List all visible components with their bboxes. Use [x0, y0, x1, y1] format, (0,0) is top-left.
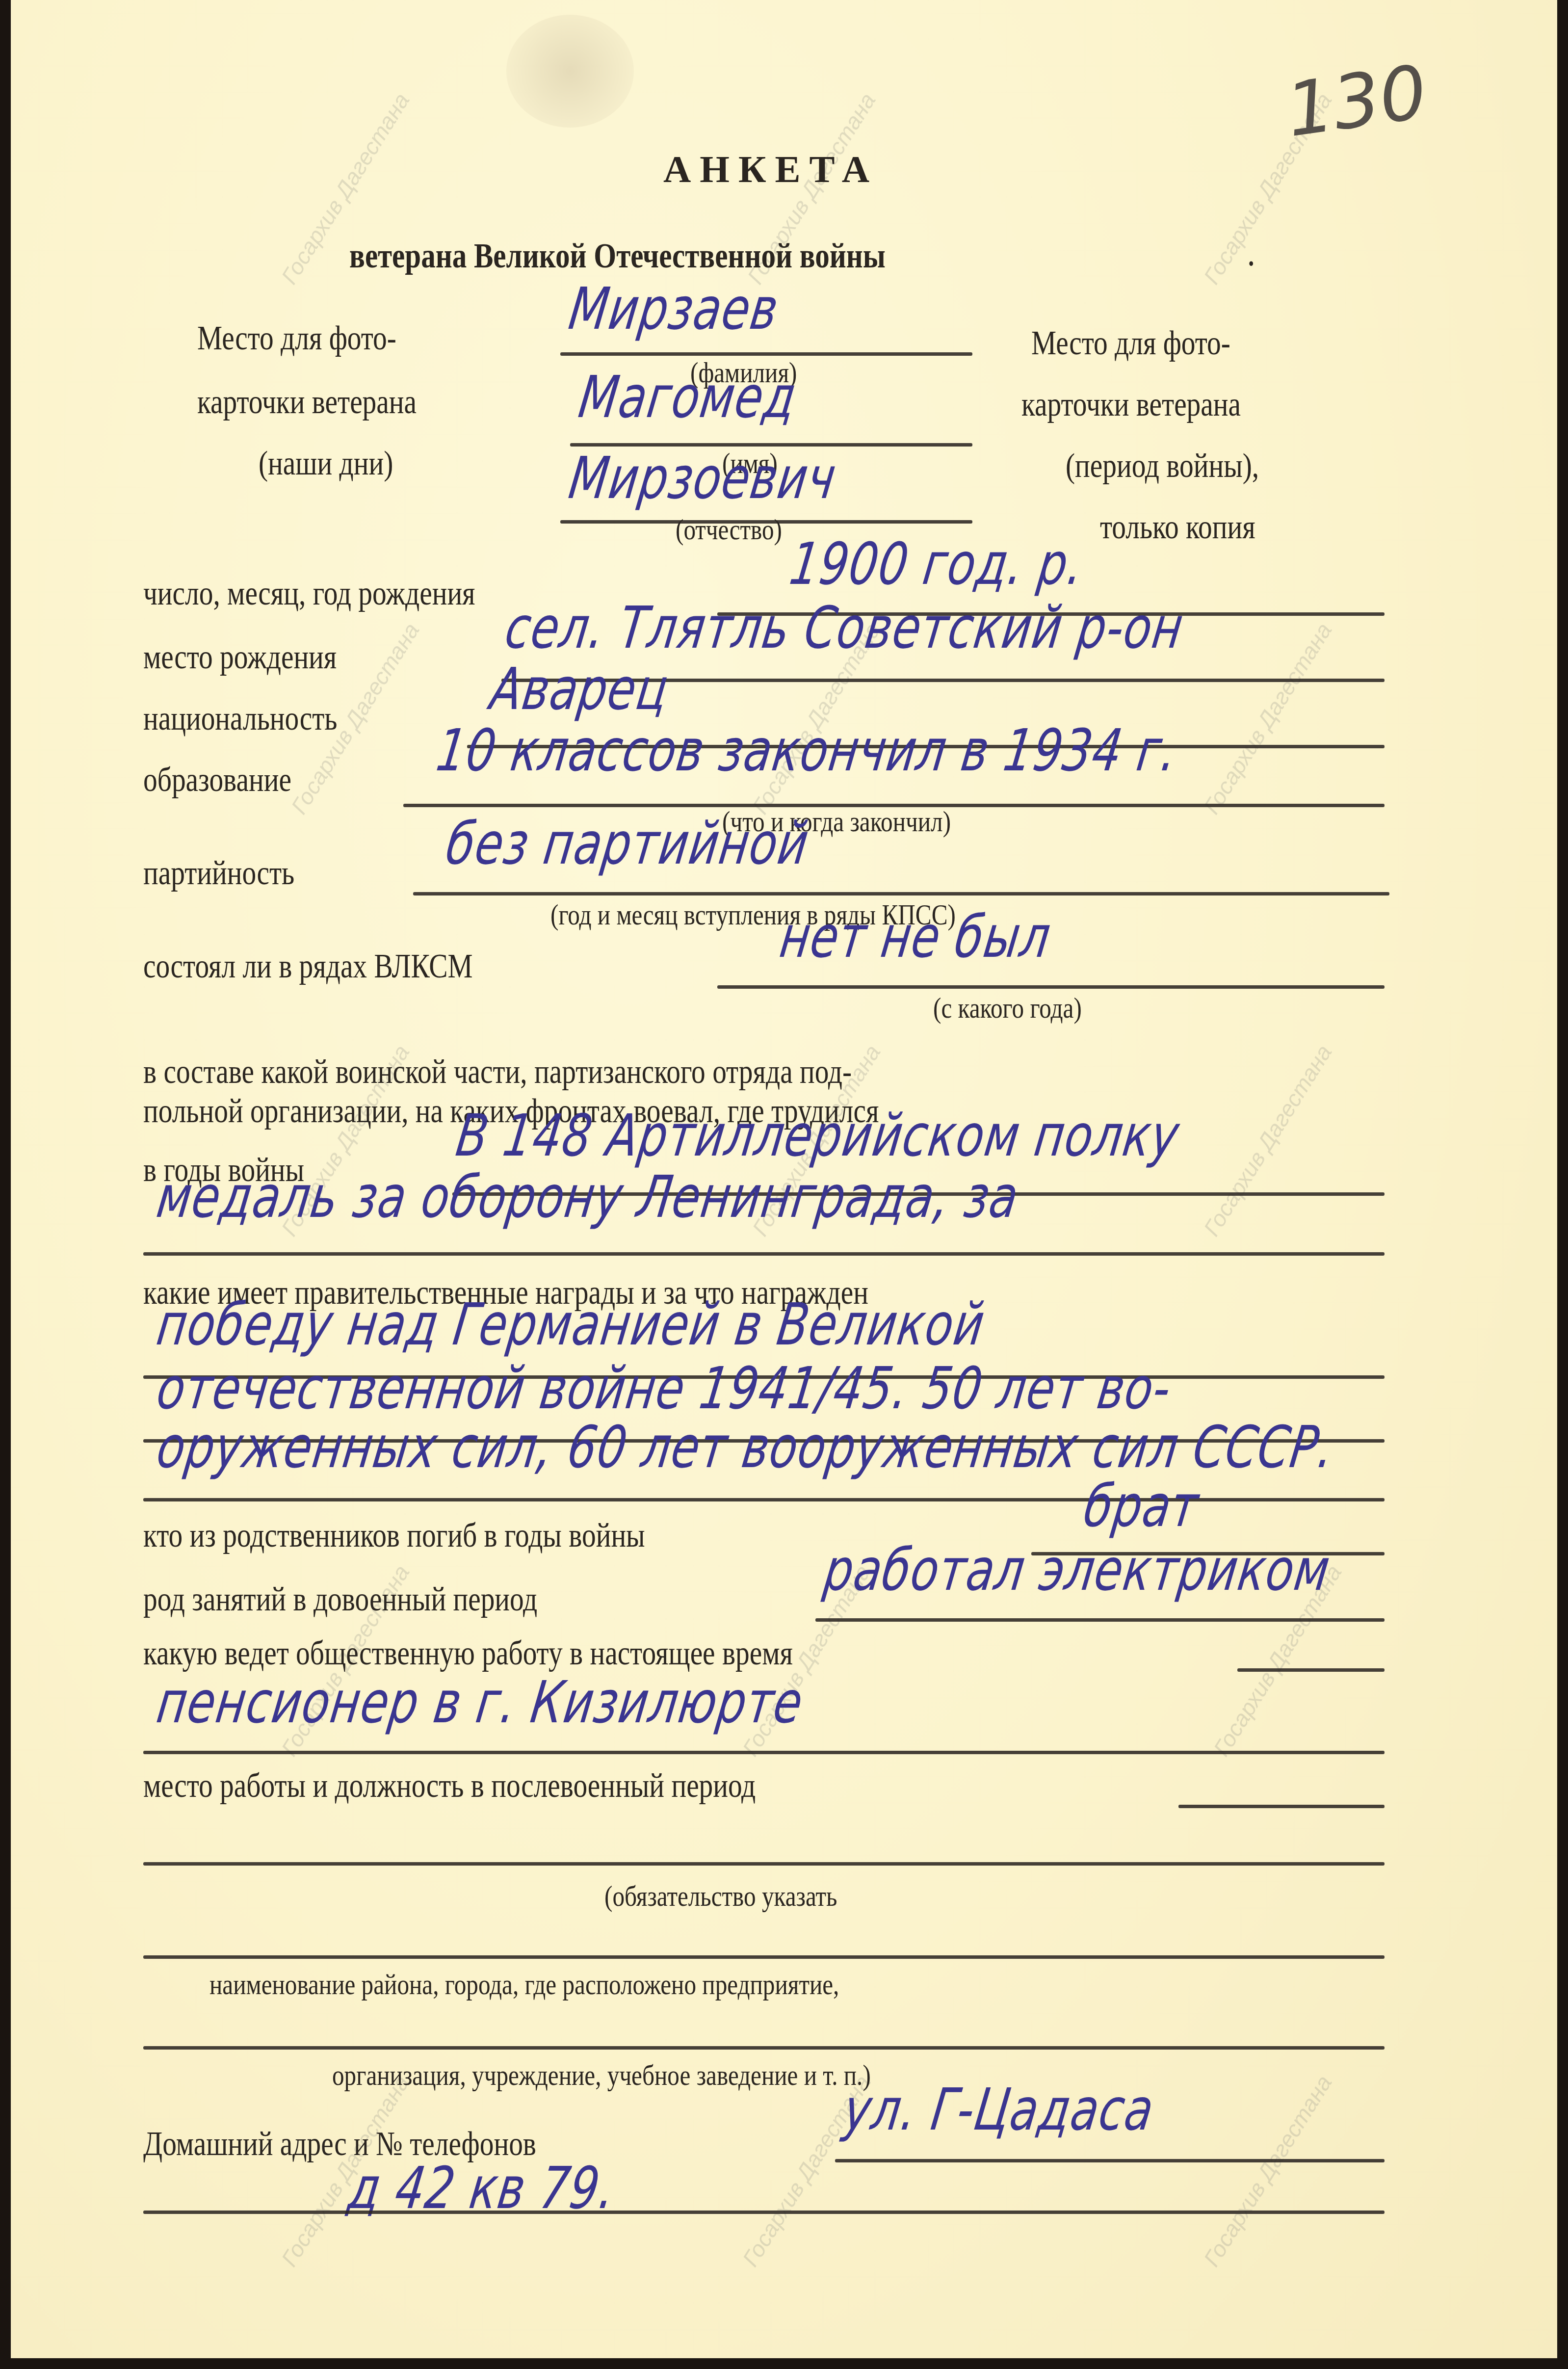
patronymic-hint: (отчество) — [676, 513, 782, 547]
questionnaire-page: Госархив Дагестана Госархив Дагестана Го… — [11, 0, 1557, 2358]
nationality-label: национальность — [143, 699, 337, 738]
postwar-line-1[interactable] — [1178, 1805, 1385, 1808]
page-number: 130 — [1281, 50, 1432, 154]
public-work-line-1 — [1237, 1668, 1385, 1672]
postwar-hint-3: организация, учреждение, учебное заведен… — [332, 2058, 871, 2092]
war-service-line-2 — [143, 1252, 1385, 1256]
watermark: Госархив Дагестана — [1198, 2071, 1337, 2271]
party-label: партийность — [143, 854, 294, 893]
public-work-line-2 — [143, 1751, 1385, 1754]
postwar-label: место работы и должность в послевоенный … — [143, 1766, 756, 1806]
name-value[interactable]: Магомед — [575, 363, 801, 431]
awards-value-2[interactable]: отечественной войне 1941/45. 50 лет во- — [153, 1354, 1176, 1422]
postwar-line-2[interactable] — [143, 1862, 1385, 1866]
war-service-value-1[interactable]: В 148 Артиллерийском полку — [452, 1102, 1184, 1169]
war-service-label-1: в составе какой воинской части, партизан… — [143, 1053, 852, 1092]
relatives-value[interactable]: брат — [1080, 1472, 1203, 1540]
birth-date-label: число, месяц, год рождения — [143, 574, 475, 613]
education-value[interactable]: 10 классов закончил в 1934 г. — [433, 716, 1182, 784]
komsomol-value[interactable]: нет не был — [776, 903, 1055, 971]
prewar-label: род занятий в довоенный период — [143, 1580, 537, 1619]
birth-date-value[interactable]: 1900 год. р. — [786, 530, 1088, 598]
form-subtitle: ветерана Великой Отечественной войны — [349, 236, 886, 276]
address-line-2 — [143, 2211, 1385, 2214]
photo-right-label-1: Место для фото- — [1031, 324, 1230, 363]
nationality-value[interactable]: Аварец — [487, 655, 673, 723]
watermark: Госархив Дагестана — [1198, 618, 1337, 819]
war-service-value-2[interactable]: медаль за оборону Ленинграда, за — [153, 1163, 1023, 1231]
birth-place-label: место рождения — [143, 638, 337, 677]
public-work-label: какую ведет общественную работу в настоя… — [143, 1634, 793, 1673]
prewar-value[interactable]: работал электриком — [820, 1536, 1334, 1604]
address-line-1 — [835, 2159, 1385, 2162]
public-work-value[interactable]: пенсионер в г. Кизилюрте — [153, 1668, 808, 1736]
photo-right-label-4: только копия — [1100, 508, 1255, 547]
photo-right-label-2: карточки ветерана — [1021, 385, 1241, 424]
komsomol-label: состоял ли в рядах ВЛКСМ — [143, 947, 473, 986]
birth-place-value[interactable]: сел. Тлятль Советский р-он — [501, 594, 1188, 661]
prewar-line — [815, 1618, 1385, 1622]
surname-line — [560, 352, 972, 356]
photo-left-label-2: карточки ветерана — [197, 383, 417, 422]
awards-value-3[interactable]: оруженных сил, 60 лет вооруженных сил СС… — [153, 1413, 1338, 1481]
party-line — [413, 892, 1389, 895]
patronymic-value[interactable]: Мирзоевич — [565, 444, 840, 512]
komsomol-line — [717, 985, 1385, 989]
photo-left-label-1: Место для фото- — [197, 319, 396, 358]
education-label: образование — [143, 761, 291, 800]
surname-value[interactable]: Мирзаев — [565, 275, 783, 342]
photo-right-label-3: (период войны), — [1066, 447, 1259, 486]
watermark: Госархив Дагестана — [1198, 1040, 1337, 1241]
awards-value-1[interactable]: победу над Германией в Великой — [153, 1290, 989, 1358]
postwar-line-4[interactable] — [143, 2046, 1385, 2050]
photo-left-label-3: (наши дни) — [259, 444, 393, 483]
relatives-label: кто из родственников погиб в годы войны — [143, 1516, 645, 1555]
postwar-line-3[interactable] — [143, 1955, 1385, 1959]
postwar-hint-2: наименование района, города, где располо… — [209, 1968, 839, 2001]
paper-stain — [506, 15, 634, 128]
komsomol-hint: (с какого года) — [933, 991, 1082, 1025]
postwar-hint-1: (обязательство указать — [604, 1879, 837, 1913]
address-value-1[interactable]: ул. Г-Цадаса — [840, 2076, 1158, 2143]
form-title: АНКЕТА — [663, 147, 878, 191]
party-value[interactable]: без партийной — [443, 810, 813, 877]
